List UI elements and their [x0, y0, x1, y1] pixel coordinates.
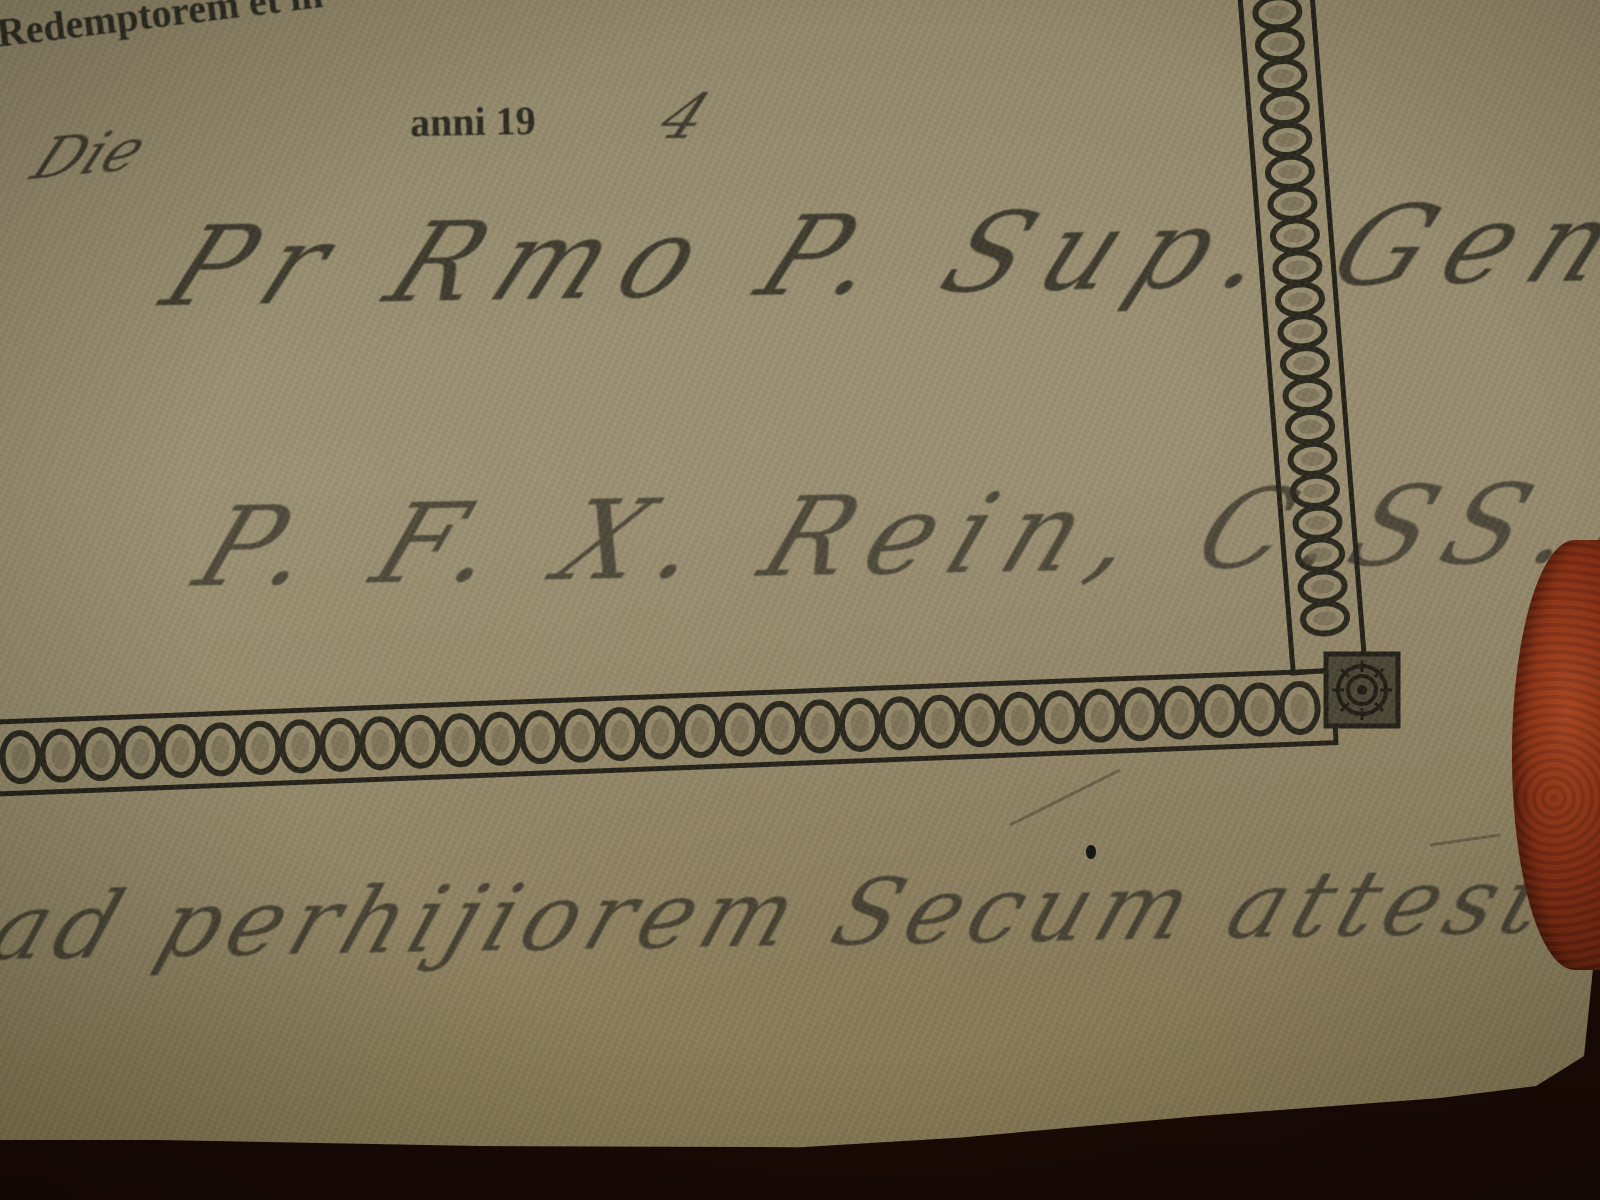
printed-text-top-line: Redemptorem et in	[0, 0, 325, 57]
handwritten-line-3: ad perhijiorem Secum attesta	[0, 846, 1600, 981]
handwritten-day-fragment: Die	[21, 115, 158, 193]
handwritten-line-1: Pr Rmo P. Sup. Gen.	[145, 177, 1600, 331]
ink-dot	[1086, 845, 1096, 859]
printed-year-label: anni 19	[410, 97, 536, 146]
right-border	[1239, 0, 1365, 673]
certificate-paper: Redemptorem et in anni 19 4 Die Pr Rmo P…	[0, 0, 1600, 1200]
handwritten-year-suffix: 4	[648, 80, 721, 153]
handwritten-signature-line: P. F. X. Rein, C.SS.R.	[180, 457, 1600, 612]
corner-rosette-icon	[1326, 654, 1398, 726]
bottom-border	[0, 671, 1336, 795]
ornamental-chain-border	[0, 0, 1600, 1200]
